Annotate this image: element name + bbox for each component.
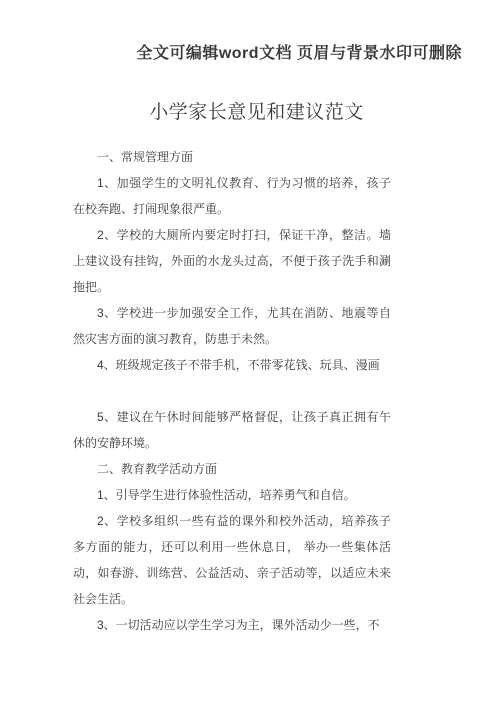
document-title: 小学家长意见和建议范文 xyxy=(13,99,500,127)
document-body: 一、常规管理方面1、加强学生的文明礼仪教育、行为习惯的培养，孩子在校奔跑、打闹现… xyxy=(73,144,391,638)
paragraph: 1、引导学生进行体验性活动，培养勇气和自信。 xyxy=(73,482,391,508)
paragraph: 2、学校的大厕所内要定时打扫，保证干净，整洁。墙上建议设有挂钩，外面的水龙头过高… xyxy=(73,222,391,300)
paragraph-blank xyxy=(73,378,391,404)
paragraph: 一、常规管理方面 xyxy=(73,144,391,170)
paragraph: 1、加强学生的文明礼仪教育、行为习惯的培养，孩子在校奔跑、打闹现象很严重。 xyxy=(73,170,391,222)
paragraph: 5、建议在午休时间能够严格督促，让孩子真正拥有午休的安静环境。 xyxy=(73,404,391,456)
paragraph: 二、教育教学活动方面 xyxy=(73,456,391,482)
paragraph: 4、班级规定孩子不带手机，不带零花钱、玩具、漫画 xyxy=(73,352,391,378)
paragraph: 3、学校进一步加强安全工作，尤其在消防、地震等自然灾害方面的演习教育，防患于未然… xyxy=(73,300,391,352)
paragraph: 2、学校多组织一些有益的课外和校外活动，培养孩子多方面的能力，还可以利用一些休息… xyxy=(73,508,391,612)
document-page: 全文可编辑word文档 页眉与背景水印可删除 小学家长意见和建议范文 一、常规管… xyxy=(0,0,500,708)
paragraph: 3、一切活动应以学生学习为主，课外活动少一些，不 xyxy=(73,612,391,638)
header-notice: 全文可编辑word文档 页眉与背景水印可删除 xyxy=(0,0,500,64)
